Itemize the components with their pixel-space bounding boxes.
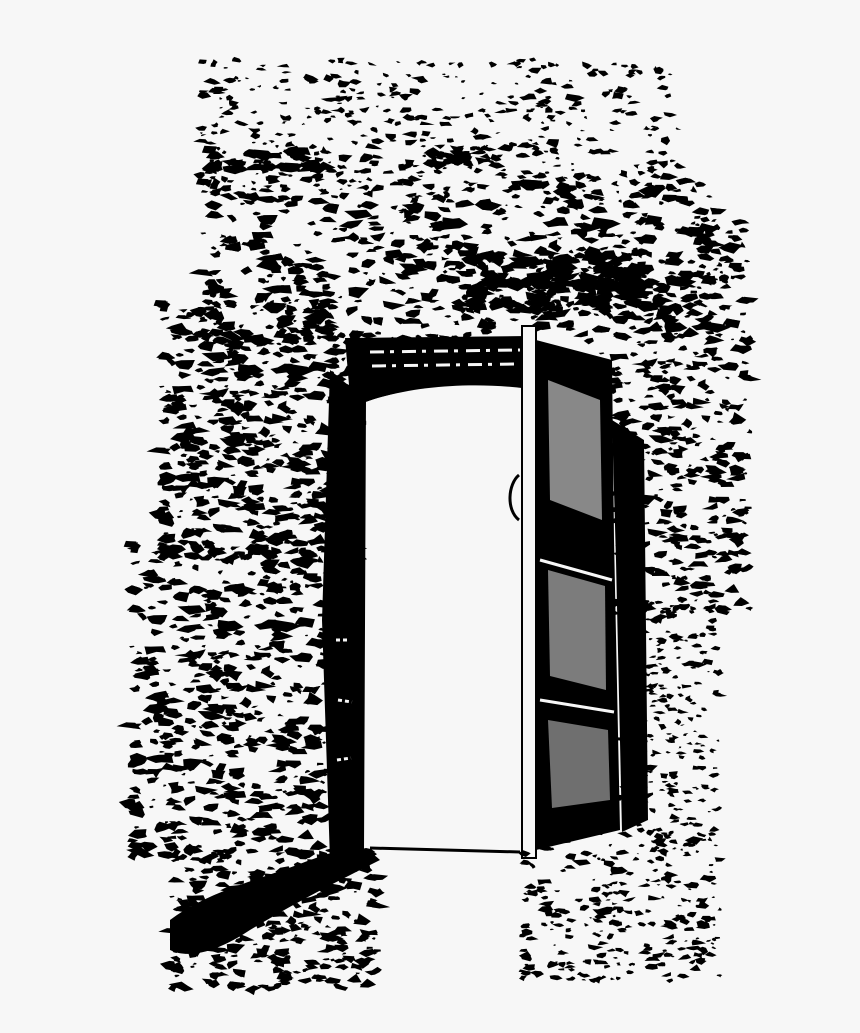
doorway-illustration — [0, 0, 860, 1033]
open-door — [522, 326, 620, 858]
doorway-opening — [366, 385, 522, 850]
